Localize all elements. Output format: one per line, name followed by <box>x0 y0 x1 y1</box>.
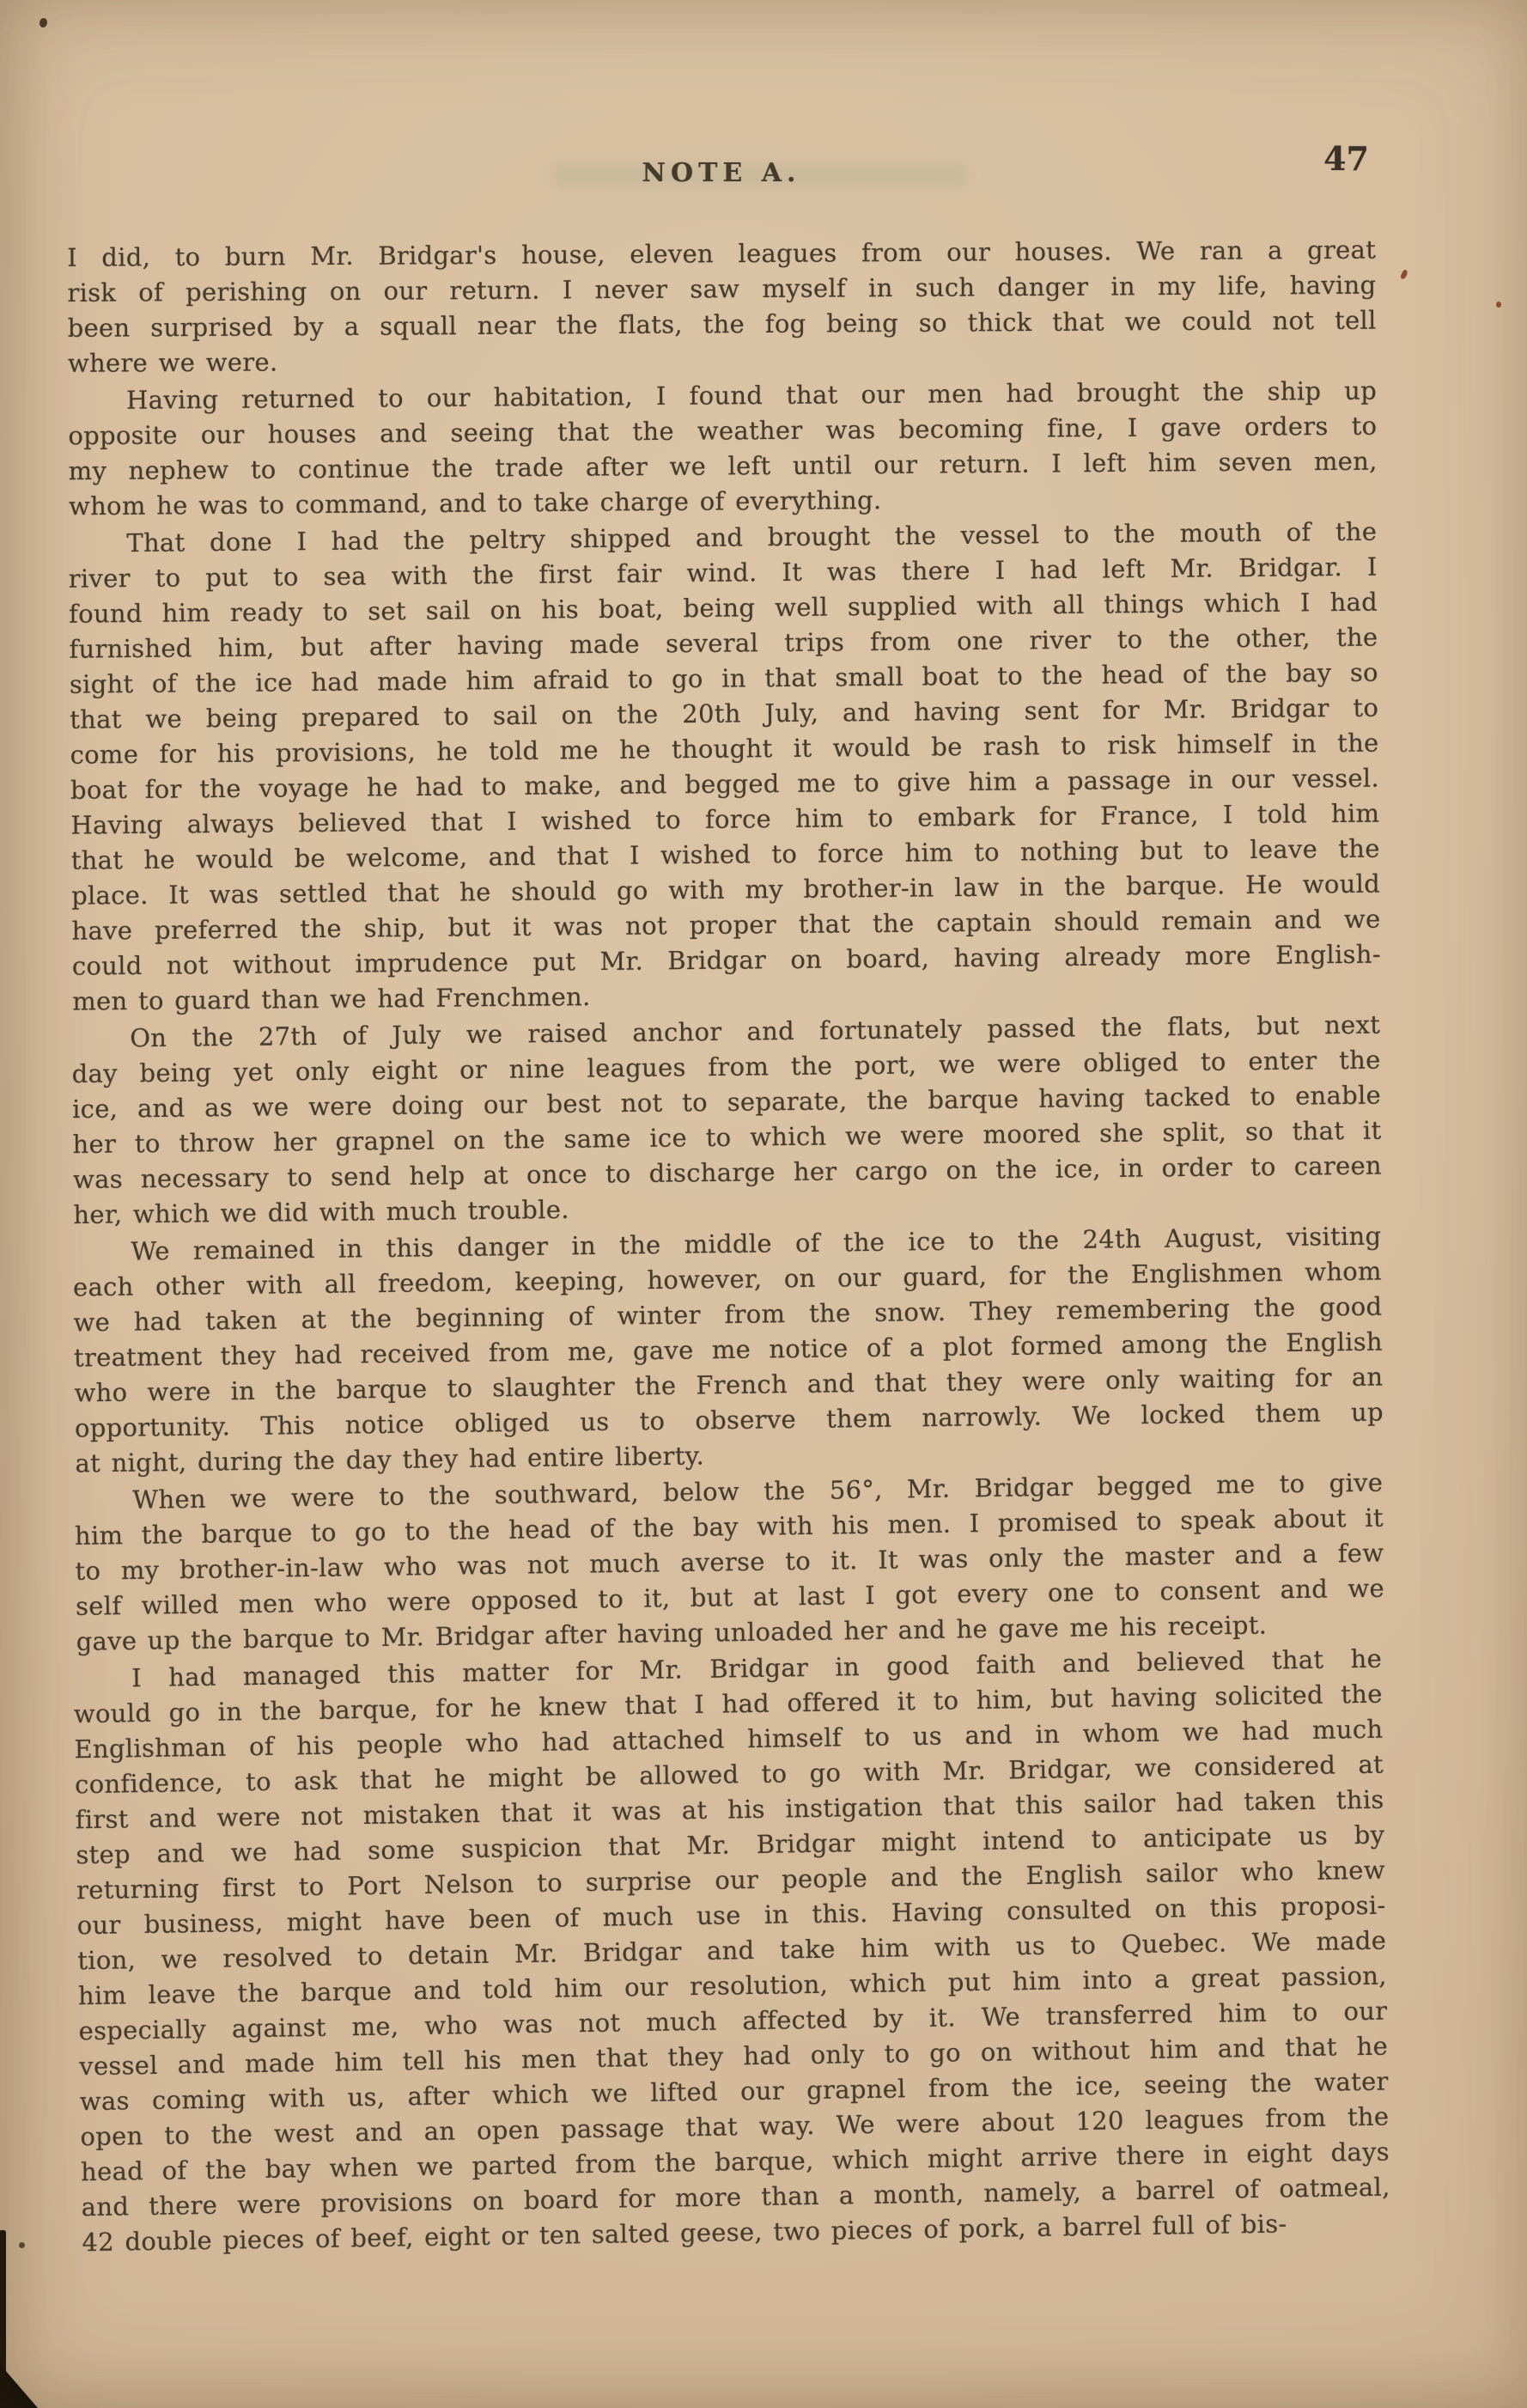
page-number: 47 <box>67 139 1369 178</box>
ink-speck <box>19 2242 25 2248</box>
ink-speck <box>1496 302 1501 308</box>
paragraph: Having returned to our habitation, I fou… <box>68 374 1378 525</box>
ink-speck <box>39 17 48 28</box>
paragraph: I had managed this matter for Mr. Bridga… <box>73 1642 1391 2261</box>
scan-edge-shadow <box>0 2230 6 2374</box>
paragraph: On the 27th of July we raised anchor and… <box>71 1008 1383 1233</box>
paragraph: When we were to the southward, below the… <box>74 1466 1385 1660</box>
paragraph: We remained in this danger in the middle… <box>72 1219 1384 1482</box>
book-page: NOTE A. 47 I did, to burn Mr. Bridgar's … <box>0 0 1527 2408</box>
paragraph: I did, to burn Mr. Bridgar's house, elev… <box>67 233 1377 381</box>
paragraph: That done I had the peltry shipped and b… <box>68 515 1381 1020</box>
ink-speck <box>1400 269 1408 279</box>
page-text: I did, to burn Mr. Bridgar's house, elev… <box>67 233 1388 2248</box>
